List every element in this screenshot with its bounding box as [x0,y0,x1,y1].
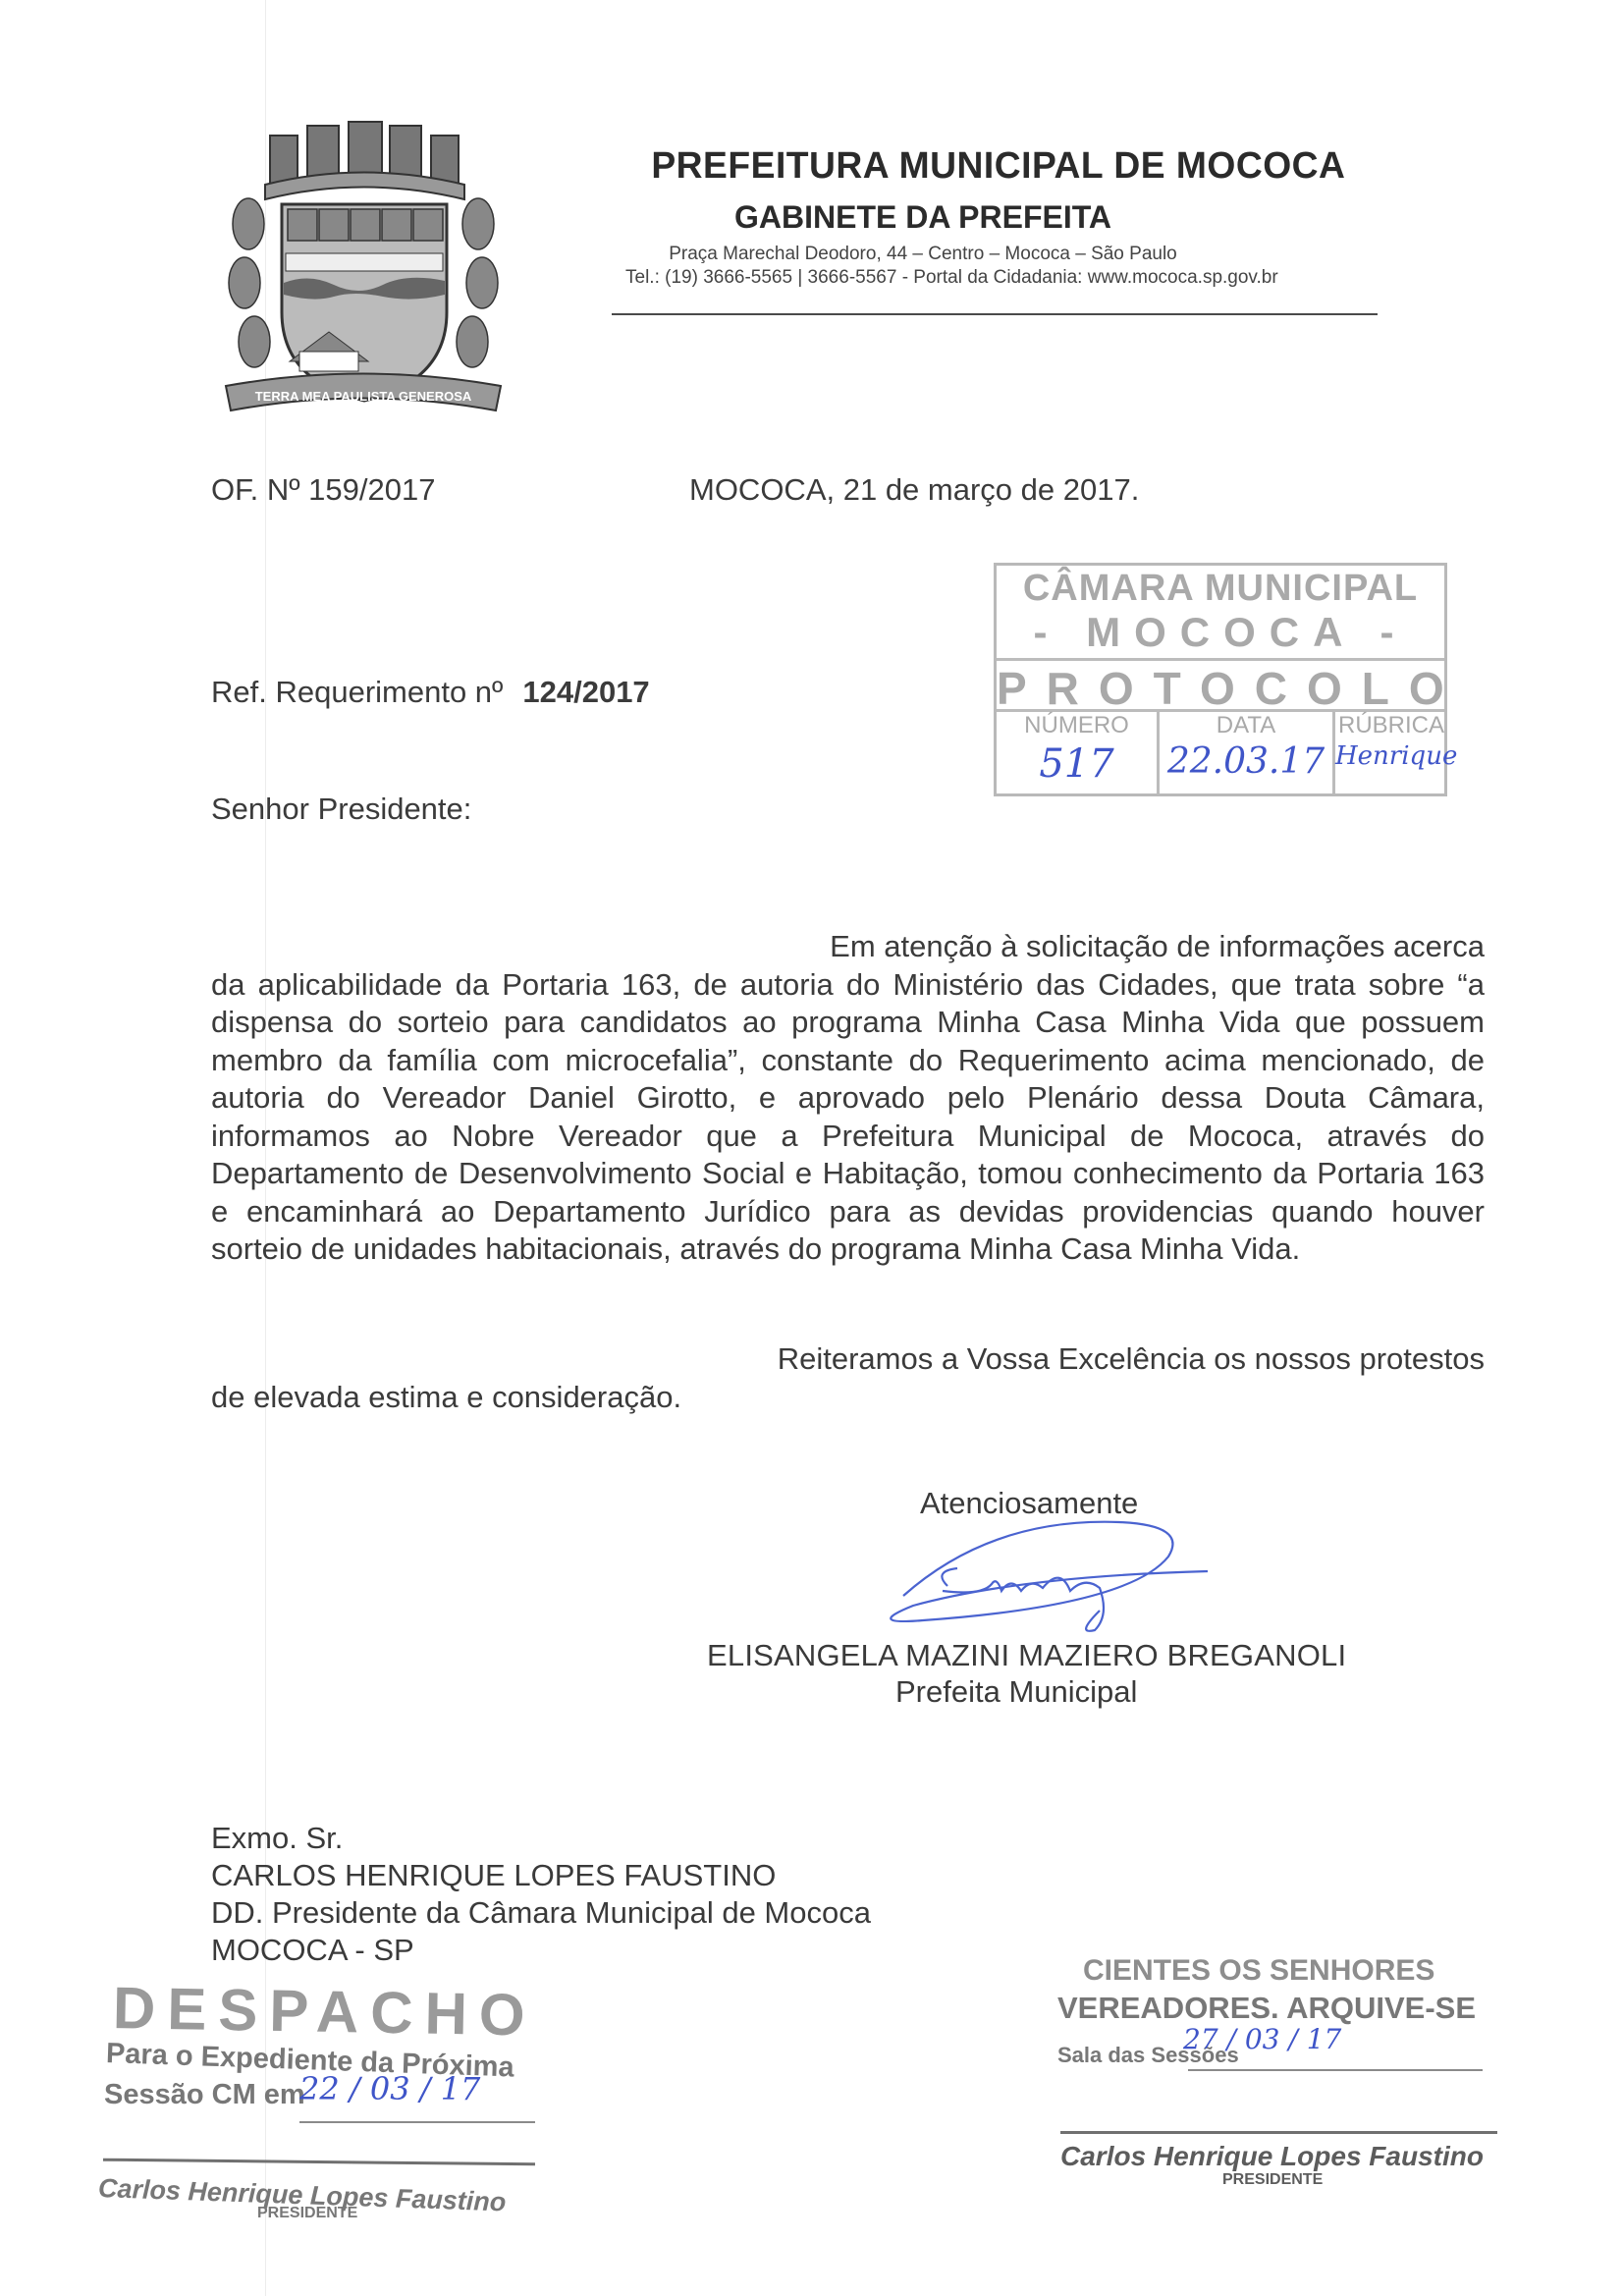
addressee-line: DD. Presidente da Câmara Municipal de Mo… [211,1894,871,1932]
paragraph-text: de elevada estima e consideração. [211,1380,681,1414]
despacho-signer-role: PRESIDENTE [257,2205,357,2222]
archive-stamp-line-2: VEREADORES. ARQUIVE-SE [1057,1991,1476,2026]
signer-role: Prefeita Municipal [895,1674,1137,1710]
addressee-line: CARLOS HENRIQUE LOPES FAUSTINO [211,1857,871,1894]
signer-name: ELISANGELA MAZINI MAZIERO BREGANOLI [707,1638,1346,1673]
body-paragraph-2: Reiteramos a Vossa Excelência os nossos … [211,1340,1485,1416]
place-date: MOCOCA, 21 de março de 2017. [689,471,1139,509]
archive-stamp-line-1: CIENTES OS SENHORES [1083,1954,1434,1988]
header-divider [612,313,1378,315]
stamp-line-2: - MOCOCA - [997,609,1444,656]
protocol-stamp: CÂMARA MUNICIPAL - MOCOCA - PROTOCOLO NÚ… [994,563,1447,796]
paragraph-text: da aplicabilidade da Portaria 163, de au… [211,967,1485,1267]
stamp-column-date: DATA 22.03.17 [1160,712,1335,793]
stamp-column-number: NÚMERO 517 [997,712,1160,793]
stamp-line-3: PROTOCOLO [997,662,1444,715]
handwritten-number: 517 [997,741,1157,787]
stamp-divider [997,658,1444,661]
signature-icon [874,1498,1247,1645]
archive-date-underline [1188,2069,1483,2071]
stamp-column-label: NÚMERO [997,712,1157,739]
stamp-column-label: RÚBRICA [1335,712,1447,739]
municipal-crest-icon: TERRA MEA PAULISTA GENEROSA [221,116,506,435]
addressee-block: Exmo. Sr. CARLOS HENRIQUE LOPES FAUSTINO… [211,1820,871,1969]
office-number: OF. Nº 159/2017 [211,471,435,509]
svg-text:TERRA MEA PAULISTA GENEROSA: TERRA MEA PAULISTA GENEROSA [255,389,472,404]
paragraph-first-line: Em atenção à solicitação de informações … [211,928,1485,966]
paragraph-first-line: Reiteramos a Vossa Excelência os nossos … [211,1340,1485,1379]
addressee-line: Exmo. Sr. [211,1820,871,1857]
stamp-column-label: DATA [1160,712,1332,739]
handwritten-date: 22.03.17 [1160,741,1332,782]
salutation: Senhor Presidente: [211,791,471,828]
stamp-line-1: CÂMARA MUNICIPAL [997,568,1444,610]
organization-title: PREFEITURA MUNICIPAL DE MOCOCA [609,145,1388,188]
despacho-stamp-line-2: Sessão CM em [104,2079,305,2111]
organization-subtitle: GABINETE DA PREFEITA [609,199,1237,236]
stamp-column-signature: RÚBRICA Henrique [1335,712,1447,793]
reference-label: Ref. Requerimento nº [211,675,503,709]
despacho-handwritten-date: 22 / 03 / 17 [299,2070,480,2107]
despacho-signature-line [103,2159,535,2166]
addressee-line: MOCOCA - SP [211,1932,871,1969]
reference-number: 124/2017 [522,675,649,709]
archive-signature-line [1060,2131,1497,2134]
despacho-date-underline [299,2121,535,2123]
archive-signer-role: PRESIDENTE [1222,2171,1323,2189]
despacho-stamp-title: DESPACHO [112,1974,537,2050]
reference-line: Ref. Requerimento nº124/2017 [211,674,650,711]
archive-signer-name: Carlos Henrique Lopes Faustino [1060,2141,1484,2172]
handwritten-initials: Henrique [1335,741,1447,771]
organization-contact: Tel.: (19) 3666-5565 | 3666-5567 - Porta… [609,267,1411,289]
organization-address: Praça Marechal Deodoro, 44 – Centro – Mo… [609,244,1237,265]
archive-handwritten-date: 27 / 03 / 17 [1183,2023,1341,2055]
body-paragraph-1: Em atenção à solicitação de informações … [211,928,1485,1269]
